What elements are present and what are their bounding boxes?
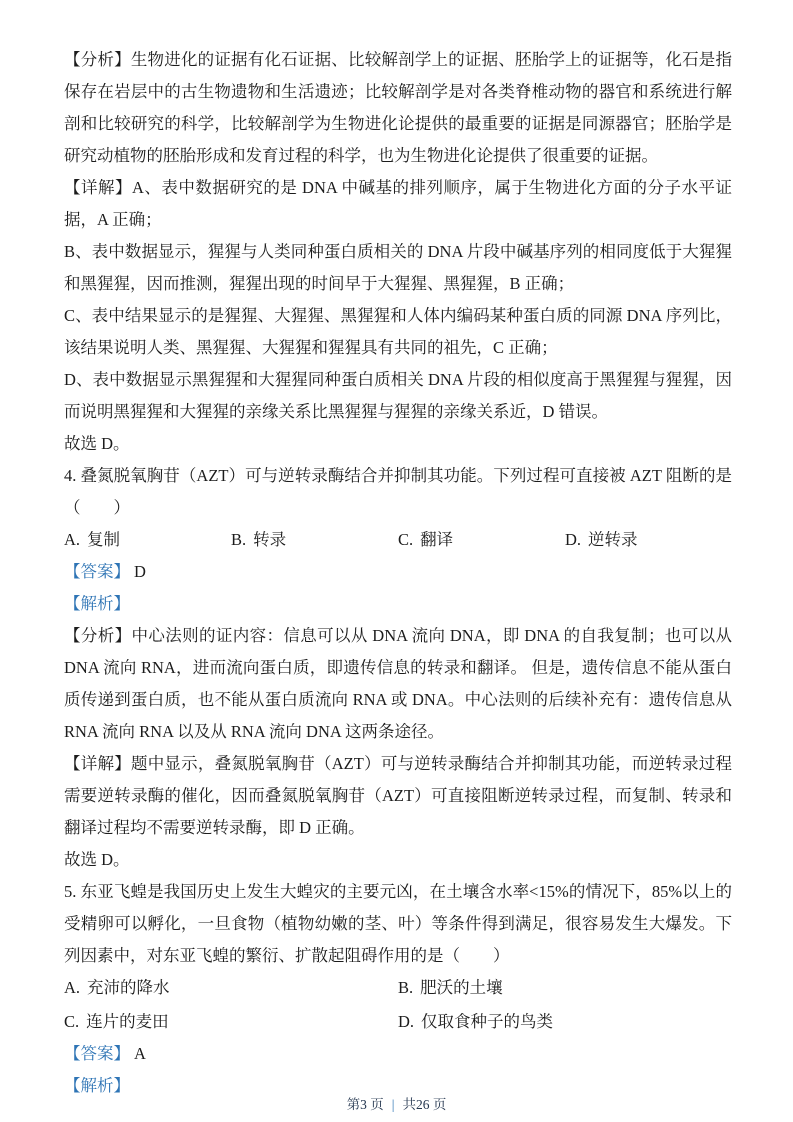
q4-option-d-text: 逆转录 xyxy=(588,530,638,549)
q4-option-d: D.逆转录 xyxy=(565,524,732,556)
q5-option-a-label: A. xyxy=(64,978,80,997)
q4-analysis-text: 中心法则的证内容：信息可以从 DNA 流向 DNA，即 DNA 的自我复制；也可… xyxy=(64,626,732,741)
q4-stem-text: 4. 叠氮脱氧胸苷（AZT）可与逆转录酶结合并抑制其功能。下列过程可直接被 AZ… xyxy=(64,466,732,517)
q4-detail-paragraph: 【详解】题中显示，叠氮脱氧胸苷（AZT）可与逆转录酶结合并抑制其功能，而逆转录过… xyxy=(64,748,732,844)
q4-conclusion-text: 故选 D。 xyxy=(64,850,130,869)
q4-option-c-text: 翻译 xyxy=(420,530,453,549)
q4-stem: 4. 叠氮脱氧胸苷（AZT）可与逆转录酶结合并抑制其功能。下列过程可直接被 AZ… xyxy=(64,460,732,524)
q3-conclusion-text: 故选 D。 xyxy=(64,434,130,453)
q4-options-row: A.复制 B.转录 C.翻译 D.逆转录 xyxy=(64,524,732,556)
q4-answer-value: D xyxy=(130,562,146,581)
q4-conclusion: 故选 D。 xyxy=(64,844,732,876)
q5-option-b-text: 肥沃的土壤 xyxy=(420,978,503,997)
q4-option-a: A.复制 xyxy=(64,524,231,556)
footer-separator: | xyxy=(384,1097,403,1112)
q4-detail-tag: 【详解】 xyxy=(64,754,131,773)
document-content: 【分析】生物进化的证据有化石证据、比较解剖学上的证据、胚胎学上的证据等，化石是指… xyxy=(64,44,732,1102)
q3-detail-text-c: C、表中结果显示的是猩猩、大猩猩、黑猩猩和人体内编码某种蛋白质的同源 DNA 序… xyxy=(64,306,732,357)
q4-option-a-text: 复制 xyxy=(87,530,120,549)
q5-options-grid: A.充沛的降水 B.肥沃的土壤 C.连片的麦田 D.仅取食种子的鸟类 xyxy=(64,972,732,1038)
q5-option-a-text: 充沛的降水 xyxy=(87,978,170,997)
q5-answer-line: 【答案】A xyxy=(64,1038,732,1070)
q4-option-b-label: B. xyxy=(231,530,246,549)
q4-option-c-label: C. xyxy=(398,530,413,549)
footer-total-pages: 共26 页 xyxy=(402,1097,446,1112)
q4-answer-tag: 【答案】 xyxy=(64,562,130,581)
q3-detail-paragraph-c: C、表中结果显示的是猩猩、大猩猩、黑猩猩和人体内编码某种蛋白质的同源 DNA 序… xyxy=(64,300,732,364)
document-page: 【分析】生物进化的证据有化石证据、比较解剖学上的证据、胚胎学上的证据等，化石是指… xyxy=(0,0,793,1122)
q5-answer-tag: 【答案】 xyxy=(64,1044,130,1063)
q3-analysis-tag: 【分析】 xyxy=(64,50,131,69)
q4-option-b: B.转录 xyxy=(231,524,398,556)
q3-analysis-paragraph: 【分析】生物进化的证据有化石证据、比较解剖学上的证据、胚胎学上的证据等，化石是指… xyxy=(64,44,732,172)
q5-option-d-text: 仅取食种子的鸟类 xyxy=(421,1012,553,1031)
q4-option-d-label: D. xyxy=(565,530,581,549)
q5-option-c-label: C. xyxy=(64,1012,79,1031)
q3-conclusion: 故选 D。 xyxy=(64,428,732,460)
q5-answer-value: A xyxy=(130,1044,146,1063)
q4-answer-line: 【答案】D xyxy=(64,556,732,588)
q4-detail-text: 题中显示，叠氮脱氧胸苷（AZT）可与逆转录酶结合并抑制其功能，而逆转录过程需要逆… xyxy=(64,754,732,837)
q5-option-c-text: 连片的麦田 xyxy=(86,1012,169,1031)
q4-explain-line: 【解析】 xyxy=(64,588,732,620)
q3-detail-text-d: D、表中数据显示黑猩猩和大猩猩同种蛋白质相关 DNA 片段的相似度高于黑猩猩与猩… xyxy=(64,370,732,421)
q4-option-b-text: 转录 xyxy=(253,530,286,549)
q5-option-b-label: B. xyxy=(398,978,413,997)
q5-option-c: C.连片的麦田 xyxy=(64,1006,398,1038)
q4-analysis-paragraph: 【分析】中心法则的证内容：信息可以从 DNA 流向 DNA，即 DNA 的自我复… xyxy=(64,620,732,748)
q3-detail-paragraph-b: B、表中数据显示，猩猩与人类同种蛋白质相关的 DNA 片段中碱基序列的相同度低于… xyxy=(64,236,732,300)
q4-option-a-label: A. xyxy=(64,530,80,549)
q5-option-d: D.仅取食种子的鸟类 xyxy=(398,1006,732,1038)
footer-current-page: 第3 页 xyxy=(347,1097,384,1112)
q3-detail-text-a: A、表中数据研究的是 DNA 中碱基的排列顺序，属于生物进化方面的分子水平证据，… xyxy=(64,178,732,229)
q5-stem-text: 5. 东亚飞蝗是我国历史上发生大蝗灾的主要元凶，在土壤含水率<15%的情况下，8… xyxy=(64,882,732,965)
q3-detail-paragraph-d: D、表中数据显示黑猩猩和大猩猩同种蛋白质相关 DNA 片段的相似度高于黑猩猩与猩… xyxy=(64,364,732,428)
q5-option-d-label: D. xyxy=(398,1012,414,1031)
q4-analysis-tag: 【分析】 xyxy=(64,626,132,645)
q4-explain-tag: 【解析】 xyxy=(64,594,130,613)
q3-detail-paragraph-a: 【详解】A、表中数据研究的是 DNA 中碱基的排列顺序，属于生物进化方面的分子水… xyxy=(64,172,732,236)
q5-option-a: A.充沛的降水 xyxy=(64,972,398,1004)
q5-option-b: B.肥沃的土壤 xyxy=(398,972,732,1004)
q4-option-c: C.翻译 xyxy=(398,524,565,556)
q3-analysis-text: 生物进化的证据有化石证据、比较解剖学上的证据、胚胎学上的证据等，化石是指保存在岩… xyxy=(64,50,732,165)
q3-detail-tag: 【详解】 xyxy=(64,178,132,197)
page-footer: 第3 页|共26 页 xyxy=(0,1093,793,1113)
q3-detail-text-b: B、表中数据显示，猩猩与人类同种蛋白质相关的 DNA 片段中碱基序列的相同度低于… xyxy=(64,242,732,293)
q5-stem: 5. 东亚飞蝗是我国历史上发生大蝗灾的主要元凶，在土壤含水率<15%的情况下，8… xyxy=(64,876,732,972)
